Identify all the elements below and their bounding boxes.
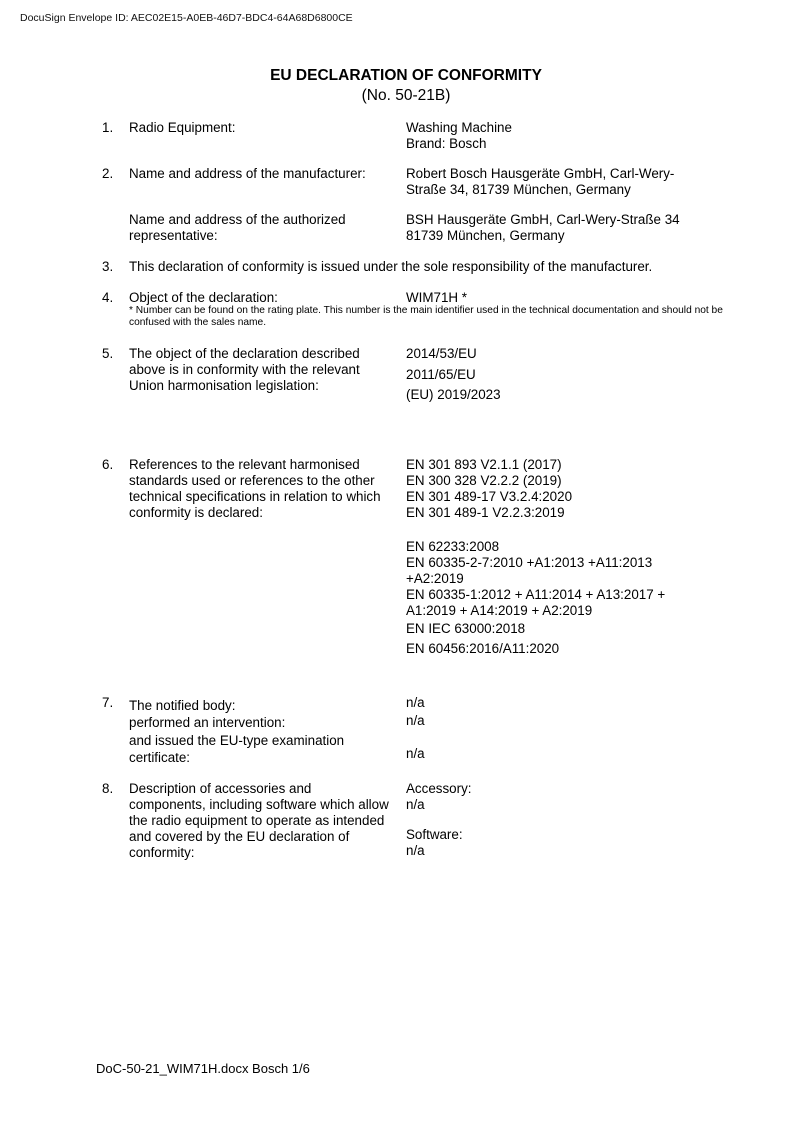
- accessory-value: n/a: [406, 797, 471, 813]
- standard-item: A1:2019 + A14:2019 + A2:2019: [406, 603, 665, 619]
- intervention-label: performed an intervention:: [129, 715, 285, 731]
- accessory-info: Accessory: n/a: [406, 781, 471, 813]
- certificate-label-line-1: and issued the EU-type examination: [129, 733, 344, 749]
- standard-item: EN 301 489-17 V3.2.4:2020: [406, 489, 572, 505]
- item-8-label-line: and covered by the EU declaration of: [129, 829, 389, 845]
- standard-item: EN IEC 63000:2018: [406, 621, 525, 637]
- document-number: (No. 50-21B): [0, 87, 802, 105]
- certificate-value: n/a: [406, 746, 425, 762]
- standard-item: EN 301 489-1 V2.2.3:2019: [406, 505, 572, 521]
- equipment-brand: Brand: Bosch: [406, 136, 512, 152]
- software-info: Software: n/a: [406, 827, 463, 859]
- accessory-label: Accessory:: [406, 781, 471, 797]
- representative-label-line-2: representative:: [129, 228, 346, 244]
- item-2-number: 2.: [102, 166, 113, 182]
- notified-body-value: n/a: [406, 695, 425, 711]
- item-6-label-line: References to the relevant harmonised: [129, 457, 381, 473]
- item-2-label: Name and address of the manufacturer:: [129, 166, 366, 182]
- standard-item: EN 60456:2016/A11:2020: [406, 641, 559, 657]
- standard-item: EN 60335-2-7:2010 +A1:2013 +A11:2013: [406, 555, 665, 571]
- representative-label: Name and address of the authorized repre…: [129, 212, 346, 244]
- item-5-label: The object of the declaration described …: [129, 346, 360, 394]
- manufacturer-address: Robert Bosch Hausgeräte GmbH, Carl-Wery-…: [406, 166, 674, 198]
- representative-line-2: 81739 München, Germany: [406, 228, 680, 244]
- item-6-label: References to the relevant harmonised st…: [129, 457, 381, 521]
- item-5-label-line: The object of the declaration described: [129, 346, 360, 362]
- item-8-label: Description of accessories and component…: [129, 781, 389, 861]
- item-4-number: 4.: [102, 290, 113, 306]
- standard-item: EN 62233:2008: [406, 539, 665, 555]
- standard-item: EN 301 893 V2.1.1 (2017): [406, 457, 572, 473]
- directive-2014-53: 2014/53/EU: [406, 346, 477, 362]
- other-standards-list: EN 62233:2008 EN 60335-2-7:2010 +A1:2013…: [406, 539, 665, 619]
- item-8-label-line: components, including software which all…: [129, 797, 389, 813]
- item-5-label-line: Union harmonisation legislation:: [129, 378, 360, 394]
- intervention-value: n/a: [406, 713, 425, 729]
- item-5-number: 5.: [102, 346, 113, 362]
- item-8-label-line: Description of accessories and: [129, 781, 389, 797]
- docusign-envelope-id: DocuSign Envelope ID: AEC02E15-A0EB-46D7…: [20, 12, 353, 24]
- regulation-2019-2023: (EU) 2019/2023: [406, 387, 501, 403]
- software-value: n/a: [406, 843, 463, 859]
- standard-item: EN 300 328 V2.2.2 (2019): [406, 473, 572, 489]
- item-6-number: 6.: [102, 457, 113, 473]
- directive-2011-65: 2011/65/EU: [406, 367, 476, 383]
- item-6-label-line: standards used or references to the othe…: [129, 473, 381, 489]
- document-title: EU DECLARATION OF CONFORMITY: [0, 67, 802, 85]
- item-8-number: 8.: [102, 781, 113, 797]
- responsibility-statement: This declaration of conformity is issued…: [129, 259, 652, 275]
- page-footer: DoC-50-21_WIM71H.docx Bosch 1/6: [96, 1061, 310, 1076]
- item-8-label-line: conformity:: [129, 845, 389, 861]
- item-5-label-line: above is in conformity with the relevant: [129, 362, 360, 378]
- model-number-footnote: * Number can be found on the rating plat…: [129, 305, 729, 329]
- item-1-label: Radio Equipment:: [129, 120, 235, 136]
- item-7-number: 7.: [102, 695, 113, 711]
- representative-line-1: BSH Hausgeräte GmbH, Carl-Wery-Straße 34: [406, 212, 680, 228]
- notified-body-label: The notified body:: [129, 698, 235, 714]
- item-6-label-line: conformity is declared:: [129, 505, 381, 521]
- item-8-label-line: the radio equipment to operate as intend…: [129, 813, 389, 829]
- item-3-number: 3.: [102, 259, 113, 275]
- standard-item: +A2:2019: [406, 571, 665, 587]
- representative-label-line-1: Name and address of the authorized: [129, 212, 346, 228]
- manufacturer-line-2: Straße 34, 81739 München, Germany: [406, 182, 674, 198]
- certificate-label-line-2: certificate:: [129, 750, 190, 766]
- item-1-value: Washing Machine Brand: Bosch: [406, 120, 512, 152]
- equipment-type: Washing Machine: [406, 120, 512, 136]
- item-4-label: Object of the declaration:: [129, 290, 278, 306]
- software-label: Software:: [406, 827, 463, 843]
- model-number: WIM71H *: [406, 290, 467, 306]
- item-6-label-line: technical specifications in relation to …: [129, 489, 381, 505]
- item-1-number: 1.: [102, 120, 113, 136]
- standard-item: EN 60335-1:2012 + A11:2014 + A13:2017 +: [406, 587, 665, 603]
- manufacturer-line-1: Robert Bosch Hausgeräte GmbH, Carl-Wery-: [406, 166, 674, 182]
- representative-address: BSH Hausgeräte GmbH, Carl-Wery-Straße 34…: [406, 212, 680, 244]
- radio-standards-list: EN 301 893 V2.1.1 (2017) EN 300 328 V2.2…: [406, 457, 572, 521]
